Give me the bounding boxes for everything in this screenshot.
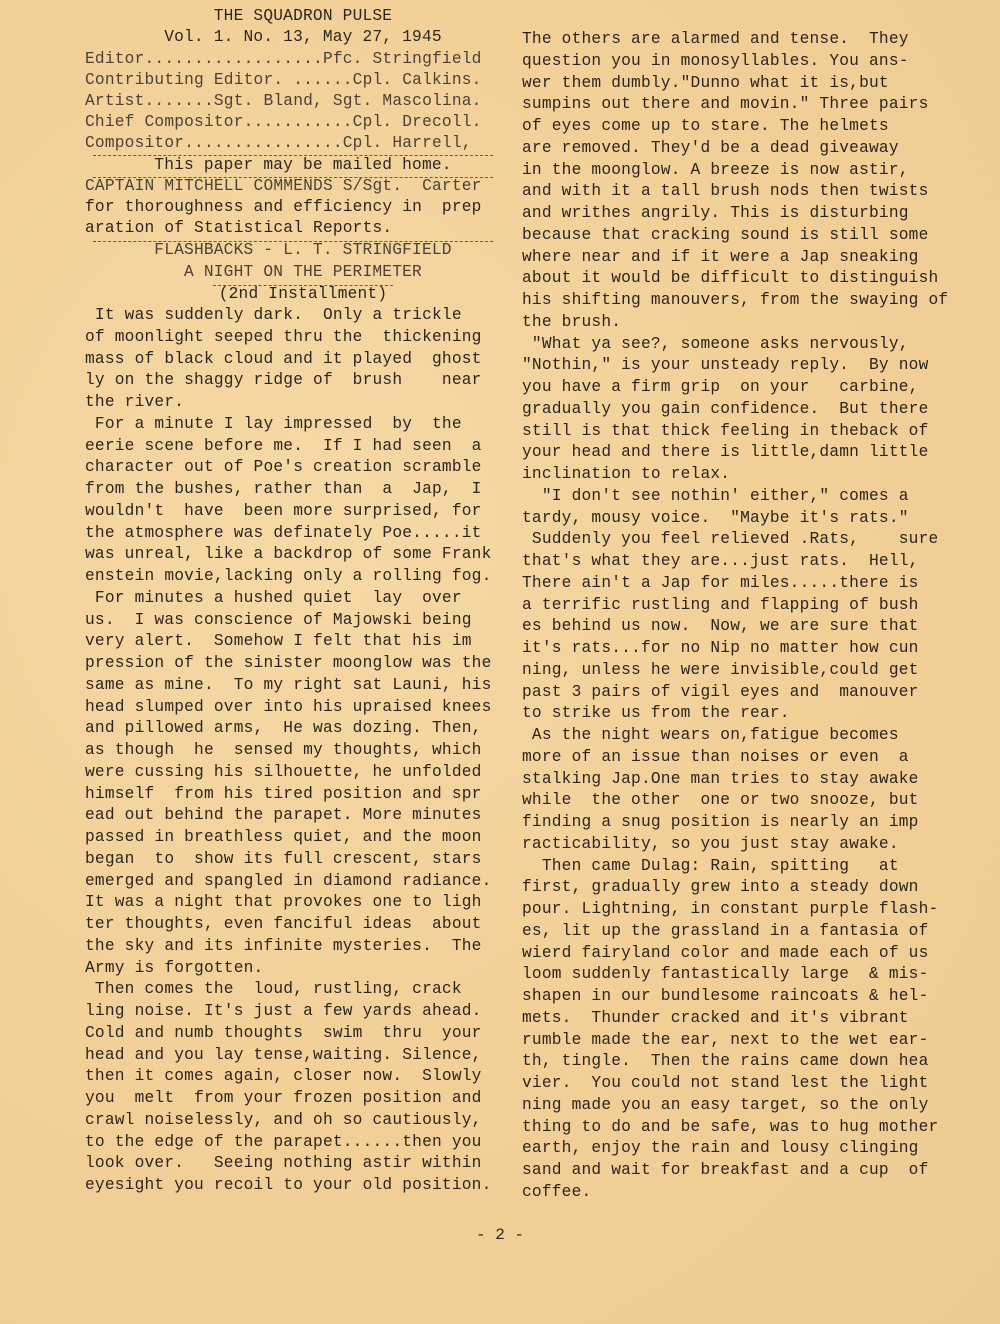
staff-line: Contributing Editor. ......Cpl. Calkins.: [85, 70, 482, 92]
body-line: began to show its full crescent, stars: [85, 849, 482, 871]
body-line: ter thoughts, even fanciful ideas about: [85, 914, 482, 936]
body-line: was unreal, like a backdrop of some Fran…: [85, 544, 491, 566]
body-line: tardy, mousy voice. "Maybe it's rats.": [522, 508, 909, 530]
body-line: his shifting manouvers, from the swaying…: [522, 290, 948, 312]
body-line: and writhes angrily. This is disturbing: [522, 203, 909, 225]
body-line: For a minute I lay impressed by the: [85, 414, 462, 436]
body-line: then it comes again, closer now. Slowly: [85, 1066, 482, 1088]
body-line: you have a firm grip on your carbine,: [522, 377, 919, 399]
page-number: - 2 -: [0, 1226, 1000, 1244]
body-line: to strike us from the rear.: [522, 703, 790, 725]
body-line: eerie scene before me. If I had seen a: [85, 436, 482, 458]
body-line: ly on the shaggy ridge of brush near: [85, 370, 482, 392]
body-line: mass of black cloud and it played ghost: [85, 349, 482, 371]
body-line: Army is forgotten.: [85, 958, 263, 980]
body-line: passed in breathless quiet, and the moon: [85, 827, 482, 849]
body-line: to the edge of the parapet......then you: [85, 1132, 482, 1154]
body-line: loom suddenly fantastically large & mis-: [522, 964, 928, 986]
staff-line: Compositor................Cpl. Harrell,: [85, 133, 472, 155]
body-line: es, lit up the grassland in a fantasia o…: [522, 921, 928, 943]
body-line: character out of Poe's creation scramble: [85, 457, 482, 479]
body-line: himself from his tired position and spr: [85, 784, 482, 806]
body-line: as though he sensed my thoughts, which: [85, 740, 482, 762]
body-line: Then comes the loud, rustling, crack: [85, 979, 462, 1001]
body-line: pression of the sinister moonglow was th…: [85, 653, 491, 675]
body-line: the atmosphere was definately Poe.....it: [85, 523, 482, 545]
body-line: It was a night that provokes one to ligh: [85, 892, 482, 914]
body-line: "I don't see nothin' either," comes a: [522, 486, 909, 508]
body-line: emerged and spangled in diamond radiance…: [85, 871, 491, 893]
body-line: wer them dumbly."Dunno what it is,but: [522, 73, 889, 95]
body-line: ning made you an easy target, so the onl…: [522, 1095, 928, 1117]
body-line: For minutes a hushed quiet lay over: [85, 588, 462, 610]
body-line: It was suddenly dark. Only a trickle: [85, 305, 462, 327]
body-line: look over. Seeing nothing astir within: [85, 1153, 482, 1175]
body-line: in the moonglow. A breeze is now astir,: [522, 160, 909, 182]
body-line: Cold and numb thoughts swim thru your: [85, 1023, 482, 1045]
body-line: enstein movie,lacking only a rolling fog…: [85, 566, 491, 588]
commendation-line: for thoroughness and efficiency in prep: [85, 197, 482, 219]
body-line: of moonlight seeped thru the thickening: [85, 327, 482, 349]
commendation-line: CAPTAIN MITCHELL COMMENDS S/Sgt. Carter: [85, 176, 482, 198]
body-line: that's what they are...just rats. Hell,: [522, 551, 919, 573]
body-line: "What ya see?, someone asks nervously,: [522, 334, 909, 356]
body-line: There ain't a Jap for miles.....there is: [522, 573, 919, 595]
body-line: about it would be difficult to distingui…: [522, 268, 938, 290]
body-line: same as mine. To my right sat Launi, his: [85, 675, 491, 697]
body-line: finding a snug position is nearly an imp: [522, 812, 919, 834]
body-line: wierd fairyland color and made each of u…: [522, 943, 928, 965]
body-line: ling noise. It's just a few yards ahead.: [85, 1001, 482, 1023]
body-line: head slumped over into his upraised knee…: [85, 697, 491, 719]
body-line: you melt from your frozen position and: [85, 1088, 482, 1110]
body-line: are removed. They'd be a dead giveaway: [522, 138, 899, 160]
body-line: the sky and its infinite mysteries. The: [85, 936, 482, 958]
body-line: Then came Dulag: Rain, spitting at: [522, 856, 899, 878]
commendation-line: aration of Statistical Reports.: [85, 218, 392, 240]
article-subtitle: (2nd Installment): [103, 284, 503, 306]
body-line: from the bushes, rather than a Jap, I: [85, 479, 482, 501]
body-line: rumble made the ear, next to the wet ear…: [522, 1030, 928, 1052]
body-line: your head and there is little,damn littl…: [522, 442, 928, 464]
body-line: were cussing his silhouette, he unfolded: [85, 762, 482, 784]
body-line: us. I was conscience of Majowski being: [85, 610, 472, 632]
column-heading: FLASHBACKS - L. T. STRINGFIELD: [103, 240, 503, 262]
body-line: The others are alarmed and tense. They: [522, 29, 909, 51]
body-line: As the night wears on,fatigue becomes: [522, 725, 899, 747]
body-line: question you in monosyllables. You ans-: [522, 51, 909, 73]
body-line: earth, enjoy the rain and lousy clinging: [522, 1138, 919, 1160]
body-line: sumpins out there and movin." Three pair…: [522, 94, 928, 116]
newspaper-page: THE SQUADRON PULSE Vol. 1. No. 13, May 2…: [0, 0, 1000, 1324]
body-line: gradually you gain confidence. But there: [522, 399, 928, 421]
body-line: and with it a tall brush nods then twist…: [522, 181, 928, 203]
body-line: where near and if it were a Jap sneaking: [522, 247, 919, 269]
body-line: head and you lay tense,waiting. Silence,: [85, 1045, 482, 1067]
body-line: because that cracking sound is still som…: [522, 225, 928, 247]
body-line: thing to do and be safe, was to hug moth…: [522, 1117, 938, 1139]
body-line: of eyes come up to stare. The helmets: [522, 116, 889, 138]
staff-line: Chief Compositor...........Cpl. Drecoll.: [85, 112, 482, 134]
article-title: A NIGHT ON THE PERIMETER: [103, 262, 503, 284]
body-line: eyesight you recoil to your old position…: [85, 1175, 491, 1197]
masthead-issue: Vol. 1. No. 13, May 27, 1945: [103, 27, 503, 49]
body-line: crawl noiselessly, and oh so cautiously,: [85, 1110, 482, 1132]
body-line: mets. Thunder cracked and it's vibrant: [522, 1008, 909, 1030]
body-line: ead out behind the parapet. More minutes: [85, 805, 482, 827]
body-line: and pillowed arms, He was dozing. Then,: [85, 718, 482, 740]
staff-line: Artist.......Sgt. Bland, Sgt. Mascolina.: [85, 91, 482, 113]
body-line: more of an issue than noises or even a: [522, 747, 909, 769]
body-line: first, gradually grew into a steady down: [522, 877, 919, 899]
body-line: it's rats...for no Nip no matter how cun: [522, 638, 919, 660]
body-line: stalking Jap.One man tries to stay awake: [522, 769, 919, 791]
body-line: very alert. Somehow I felt that his im: [85, 631, 472, 653]
body-line: the river.: [85, 392, 184, 414]
body-line: a terrific rustling and flapping of bush: [522, 595, 919, 617]
body-line: pour. Lightning, in constant purple flas…: [522, 899, 938, 921]
body-line: still is that thick feeling in theback o…: [522, 421, 928, 443]
mailing-notice: This paper may be mailed home.: [103, 155, 503, 177]
body-line: the brush.: [522, 312, 621, 334]
body-line: shapen in our bundlesome raincoats & hel…: [522, 986, 928, 1008]
body-line: wouldn't have been more surprised, for: [85, 501, 482, 523]
body-line: es behind us now. Now, we are sure that: [522, 616, 919, 638]
body-line: past 3 pairs of vigil eyes and manouver: [522, 682, 919, 704]
staff-line: Editor..................Pfc. Stringfield: [85, 49, 482, 71]
body-line: racticability, so you just stay awake.: [522, 834, 899, 856]
masthead-title: THE SQUADRON PULSE: [103, 6, 503, 28]
body-line: th, tingle. Then the rains came down hea: [522, 1051, 928, 1073]
body-line: inclination to relax.: [522, 464, 730, 486]
body-line: coffee.: [522, 1182, 591, 1204]
body-line: while the other one or two snooze, but: [522, 790, 919, 812]
body-line: Suddenly you feel relieved .Rats, sure: [522, 529, 938, 551]
body-line: ning, unless he were invisible,could get: [522, 660, 919, 682]
body-line: vier. You could not stand lest the light: [522, 1073, 928, 1095]
body-line: sand and wait for breakfast and a cup of: [522, 1160, 928, 1182]
body-line: "Nothin," is your unsteady reply. By now: [522, 355, 928, 377]
